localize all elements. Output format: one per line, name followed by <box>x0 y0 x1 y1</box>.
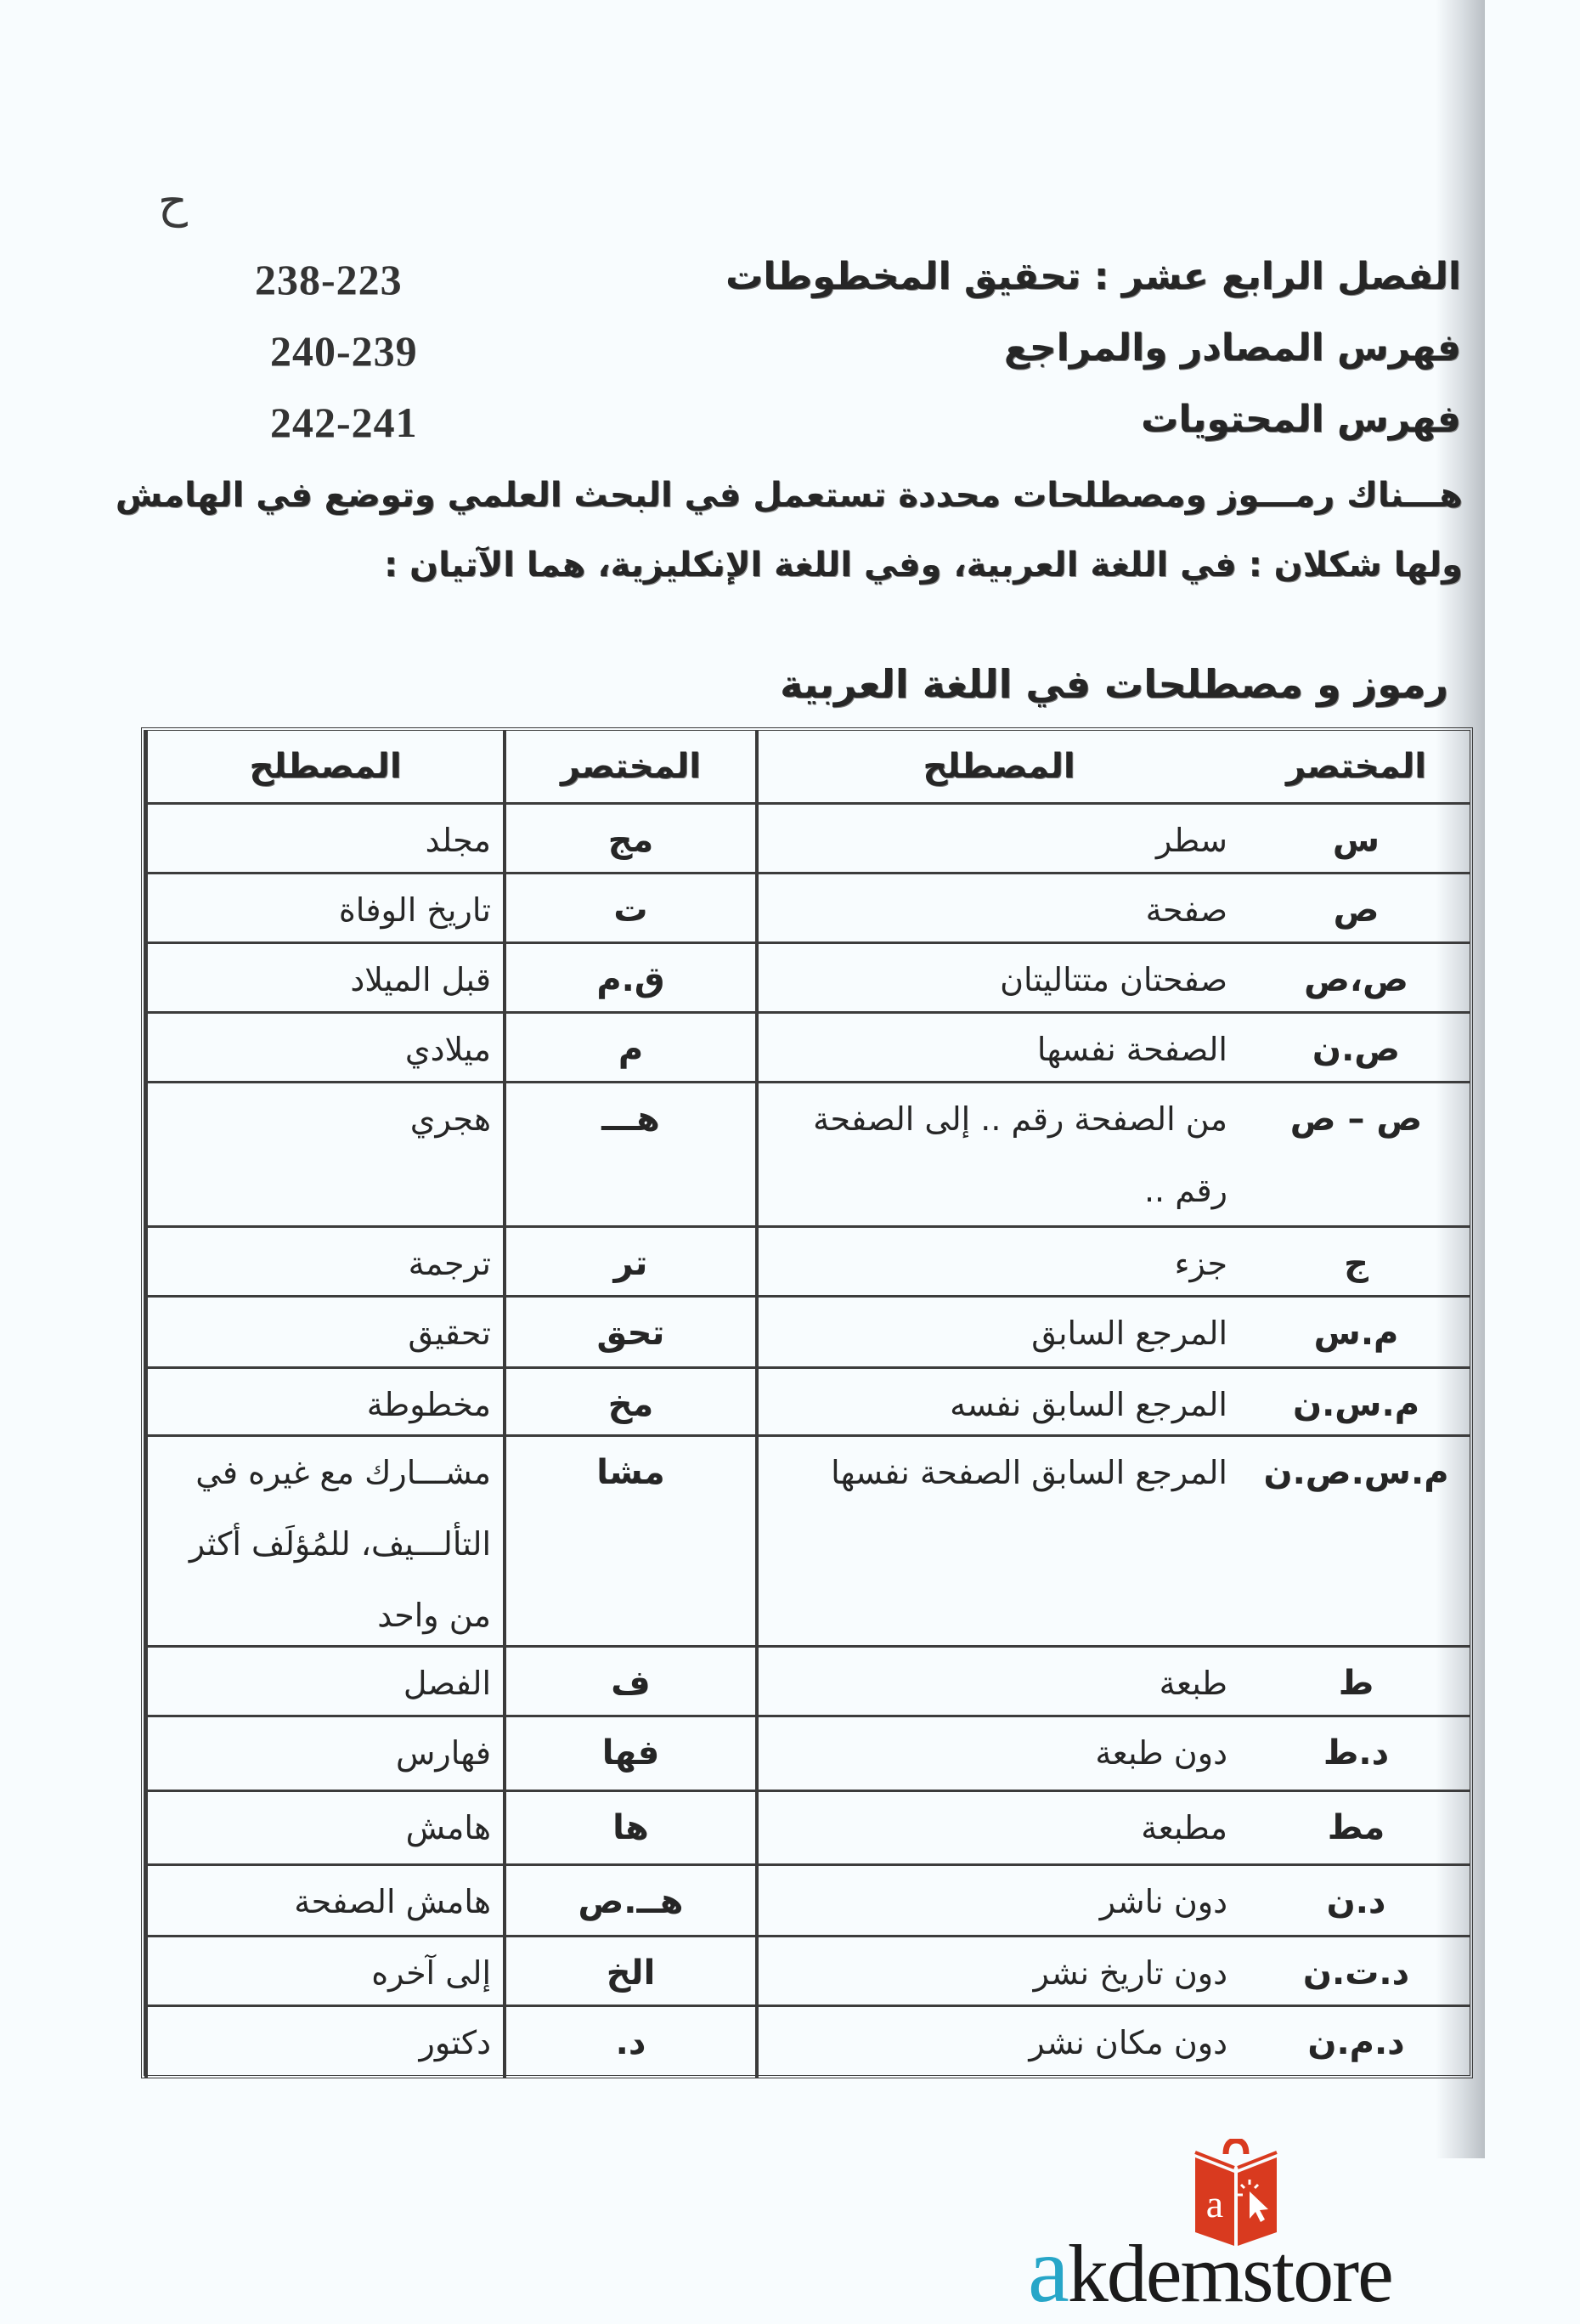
cell-text: د.م.ن <box>1251 2007 1461 2078</box>
term-right-cell: مطبعة <box>755 1792 1239 1863</box>
cell-text: د.ط <box>1251 1717 1461 1789</box>
cell-text: طبعة <box>770 1648 1227 1719</box>
table-row: دكتورد.دون مكان نشرد.م.ن <box>144 2007 1470 2078</box>
term-right-cell: صفحتان متتاليتان <box>755 944 1239 1011</box>
term-left-cell: مجلد <box>144 805 503 872</box>
term-right-cell: جزء <box>755 1228 1239 1295</box>
term-left-cell: مشـــارك مع غيره في التألـــيف، للمُؤلَف… <box>144 1437 503 1645</box>
term-right-cell: دون ناشر <box>755 1866 1239 1935</box>
term-left-cell: دكتور <box>144 2007 503 2078</box>
cell-text: جزء <box>770 1228 1227 1299</box>
header-term-right-cell: المصطلح <box>755 731 1239 802</box>
cell-text: ص،ص <box>1251 944 1461 1015</box>
cell-text: دون تاريخ نشر <box>770 1937 1227 2009</box>
cell-text: تاريخ الوفاة <box>160 874 491 946</box>
paragraph-line: ولها شكلان : في اللغة العربية، وفي اللغة… <box>158 530 1463 600</box>
term-left-cell: الفصل <box>144 1648 503 1715</box>
toc-entry: الفصل الرابع عشر : تحقيق المخطوطات 238-2… <box>0 255 1580 314</box>
abbr-right-cell: د.ن <box>1239 1866 1473 1935</box>
abbr-left-cell: م <box>503 1014 755 1081</box>
toc-entry-pages: 242-241 <box>270 398 418 447</box>
cell-text: ترجمة <box>160 1228 491 1299</box>
cell-text: م.س.ص.ن <box>1251 1437 1461 1508</box>
table-row: مشـــارك مع غيره في التألـــيف، للمُؤلَف… <box>144 1437 1470 1648</box>
abbr-left-cell: مشا <box>503 1437 755 1645</box>
abbr-right-cell: م.س.ن <box>1239 1369 1473 1434</box>
cell-text: ف <box>518 1648 743 1719</box>
abbr-left-cell: ت <box>503 874 755 941</box>
cell-text: فهارس <box>160 1717 491 1789</box>
cell-text: تحقيق <box>160 1298 491 1369</box>
cell-text: دون ناشر <box>770 1866 1227 1937</box>
header-abbr-right-cell: المختصر <box>1239 731 1473 802</box>
table-title: رموز و مصطلحات في اللغة العربية <box>780 661 1448 707</box>
cell-text: هامش <box>160 1792 491 1863</box>
abbr-left-cell: ق.م <box>503 944 755 1011</box>
abbr-left-cell: ف <box>503 1648 755 1715</box>
table-row: هامشهامطبعةمط <box>144 1792 1470 1866</box>
abbreviations-table: المصطلحالمختصرالمصطلحالمختصرمجلدمجسطرستا… <box>141 727 1473 2078</box>
toc-entry-pages: 240-239 <box>270 326 418 376</box>
cell-text: مط <box>1251 1792 1461 1863</box>
cell-text: دون طبعة <box>770 1717 1227 1789</box>
abbr-right-cell: ص <box>1239 874 1473 941</box>
abbr-left-cell: فها <box>503 1717 755 1790</box>
term-left-cell: ميلادي <box>144 1014 503 1081</box>
table-row: مخطوطةمخالمرجع السابق نفسهم.س.ن <box>144 1369 1470 1437</box>
abbr-right-cell: د.ت.ن <box>1239 1937 1473 2005</box>
abbr-right-cell: ط <box>1239 1648 1473 1715</box>
term-left-cell: هجري <box>144 1083 503 1225</box>
intro-paragraph: هـــناك رمـــوز ومصطلحات محددة تستعمل في… <box>158 461 1463 600</box>
cell-text: س <box>1251 805 1461 876</box>
brand-accent-letter: a <box>1028 2218 1068 2321</box>
abbr-right-cell: د.ط <box>1239 1717 1473 1790</box>
cell-text: ص <box>1251 874 1461 946</box>
brand-wordmark: akdemstore <box>1028 2229 1392 2315</box>
abbr-left-cell: الخ <box>503 1937 755 2005</box>
abbr-right-cell: ص.ن <box>1239 1014 1473 1081</box>
cell-text: الخ <box>518 1937 743 2009</box>
cell-text: مشـــارك مع غيره في التألـــيف، للمُؤلَف… <box>160 1437 491 1651</box>
abbr-left-cell: د. <box>503 2007 755 2078</box>
term-right-cell: المرجع السابق نفسه <box>755 1369 1239 1434</box>
abbr-left-cell: مخ <box>503 1369 755 1434</box>
cell-text: تحق <box>518 1298 743 1369</box>
akdemstore-logo: a akdemstore <box>1011 2129 1487 2299</box>
cell-text: مشا <box>518 1437 743 1508</box>
term-right-cell: الصفحة نفسها <box>755 1014 1239 1081</box>
cell-text: د.ن <box>1251 1866 1461 1937</box>
cell-text: هـــ <box>518 1083 743 1155</box>
table-row: فهارسفهادون طبعةد.ط <box>144 1717 1470 1792</box>
abbr-right-cell: م.س <box>1239 1298 1473 1366</box>
cell-text: المرجع السابق الصفحة نفسها <box>770 1437 1227 1508</box>
table-row: هامش الصفحةهــ.صدون ناشرد.ن <box>144 1866 1470 1937</box>
abbr-left-cell: ها <box>503 1792 755 1863</box>
cell-text: المصطلح <box>770 731 1227 802</box>
term-left-cell: تاريخ الوفاة <box>144 874 503 941</box>
table-row: تاريخ الوفاةتصفحةص <box>144 874 1470 944</box>
cell-text: فها <box>518 1717 743 1789</box>
term-left-cell: ترجمة <box>144 1228 503 1295</box>
term-right-cell: من الصفحة رقم .. إلى الصفحة رقم .. <box>755 1083 1239 1225</box>
cell-text: د. <box>518 2007 743 2078</box>
header-abbr-left-cell: المختصر <box>503 731 755 802</box>
cell-text: ص – ص <box>1251 1083 1461 1155</box>
abbr-left-cell: هــ.ص <box>503 1866 755 1935</box>
cell-text: المختصر <box>1251 731 1461 802</box>
abbr-right-cell: م.س.ص.ن <box>1239 1437 1473 1645</box>
cell-text: م.س <box>1251 1298 1461 1369</box>
term-left-cell: فهارس <box>144 1717 503 1790</box>
term-right-cell: دون طبعة <box>755 1717 1239 1790</box>
table-row: ترجمةترجزءج <box>144 1228 1470 1298</box>
toc-entry-pages: 238-223 <box>255 255 403 304</box>
term-left-cell: إلى آخره <box>144 1937 503 2005</box>
abbr-right-cell: ص،ص <box>1239 944 1473 1011</box>
cell-text: مخطوطة <box>160 1369 491 1440</box>
toc-entry: فهرس المحتويات 242-241 <box>0 398 1580 457</box>
cell-text: م <box>518 1014 743 1085</box>
cell-text: مجلد <box>160 805 491 876</box>
abbr-left-cell: تحق <box>503 1298 755 1366</box>
cell-text: ق.م <box>518 944 743 1015</box>
cell-text: تر <box>518 1228 743 1299</box>
abbr-right-cell: مط <box>1239 1792 1473 1863</box>
cell-text: المرجع السابق نفسه <box>770 1369 1227 1440</box>
cell-text: ص.ن <box>1251 1014 1461 1085</box>
page-number-marker: ح <box>158 174 188 228</box>
cell-text: هــ.ص <box>518 1866 743 1937</box>
abbr-right-cell: د.م.ن <box>1239 2007 1473 2078</box>
cell-text: م.س.ن <box>1251 1369 1461 1440</box>
table-row: تحقيقتحقالمرجع السابقم.س <box>144 1298 1470 1369</box>
abbr-left-cell: تر <box>503 1228 755 1295</box>
term-left-cell: هامش <box>144 1792 503 1863</box>
cell-text: ها <box>518 1792 743 1863</box>
cell-text: صفحتان متتاليتان <box>770 944 1227 1015</box>
table-row: إلى آخرهالخدون تاريخ نشرد.ت.ن <box>144 1937 1470 2007</box>
abbr-left-cell: هـــ <box>503 1083 755 1225</box>
table-header-row: المصطلحالمختصرالمصطلحالمختصر <box>144 731 1470 805</box>
term-right-cell: دون مكان نشر <box>755 2007 1239 2078</box>
term-right-cell: صفحة <box>755 874 1239 941</box>
term-left-cell: هامش الصفحة <box>144 1866 503 1935</box>
cell-text: مخ <box>518 1369 743 1440</box>
abbr-right-cell: ص – ص <box>1239 1083 1473 1225</box>
table-row: هجريهـــمن الصفحة رقم .. إلى الصفحة رقم … <box>144 1083 1470 1228</box>
cell-text: هامش الصفحة <box>160 1866 491 1937</box>
cell-text: صفحة <box>770 874 1227 946</box>
svg-text:a: a <box>1206 2182 1223 2225</box>
cell-text: من الصفحة رقم .. إلى الصفحة رقم .. <box>770 1083 1227 1226</box>
cell-text: المختصر <box>518 731 743 802</box>
cell-text: ط <box>1251 1648 1461 1719</box>
header-term-left-cell: المصطلح <box>144 731 503 802</box>
toc-entry: فهرس المصادر والمراجع 240-239 <box>0 326 1580 386</box>
brand-name: kdemstore <box>1068 2228 1392 2319</box>
cell-text: سطر <box>770 805 1227 876</box>
cell-text: الفصل <box>160 1648 491 1719</box>
toc-entry-title: الفصل الرابع عشر : تحقيق المخطوطات <box>725 255 1461 298</box>
abbr-right-cell: ج <box>1239 1228 1473 1295</box>
cell-text: المرجع السابق <box>770 1298 1227 1369</box>
cell-text: مج <box>518 805 743 876</box>
cell-text: ميلادي <box>160 1014 491 1085</box>
term-left-cell: قبل الميلاد <box>144 944 503 1011</box>
cell-text: ج <box>1251 1228 1461 1299</box>
cell-text: قبل الميلاد <box>160 944 491 1015</box>
table-row: الفصلفطبعةط <box>144 1648 1470 1717</box>
abbr-left-cell: مج <box>503 805 755 872</box>
term-left-cell: مخطوطة <box>144 1369 503 1434</box>
cell-text: دكتور <box>160 2007 491 2078</box>
table-row: قبل الميلادق.مصفحتان متتاليتانص،ص <box>144 944 1470 1014</box>
cell-text: دون مكان نشر <box>770 2007 1227 2078</box>
cell-text: هجري <box>160 1083 491 1155</box>
cell-text: المصطلح <box>160 731 491 802</box>
term-left-cell: تحقيق <box>144 1298 503 1366</box>
term-right-cell: المرجع السابق <box>755 1298 1239 1366</box>
toc-entry-title: فهرس المصادر والمراجع <box>1004 326 1461 370</box>
term-right-cell: طبعة <box>755 1648 1239 1715</box>
term-right-cell: سطر <box>755 805 1239 872</box>
cell-text: ت <box>518 874 743 946</box>
cell-text: د.ت.ن <box>1251 1937 1461 2009</box>
toc-entry-title: فهرس المحتويات <box>1141 398 1461 441</box>
table-row: ميلاديمالصفحة نفسهاص.ن <box>144 1014 1470 1083</box>
cell-text: إلى آخره <box>160 1937 491 2009</box>
cell-text: الصفحة نفسها <box>770 1014 1227 1085</box>
abbr-right-cell: س <box>1239 805 1473 872</box>
term-right-cell: المرجع السابق الصفحة نفسها <box>755 1437 1239 1645</box>
cell-text: مطبعة <box>770 1792 1227 1863</box>
term-right-cell: دون تاريخ نشر <box>755 1937 1239 2005</box>
table-row: مجلدمجسطرس <box>144 805 1470 874</box>
paragraph-line: هـــناك رمـــوز ومصطلحات محددة تستعمل في… <box>158 461 1463 530</box>
